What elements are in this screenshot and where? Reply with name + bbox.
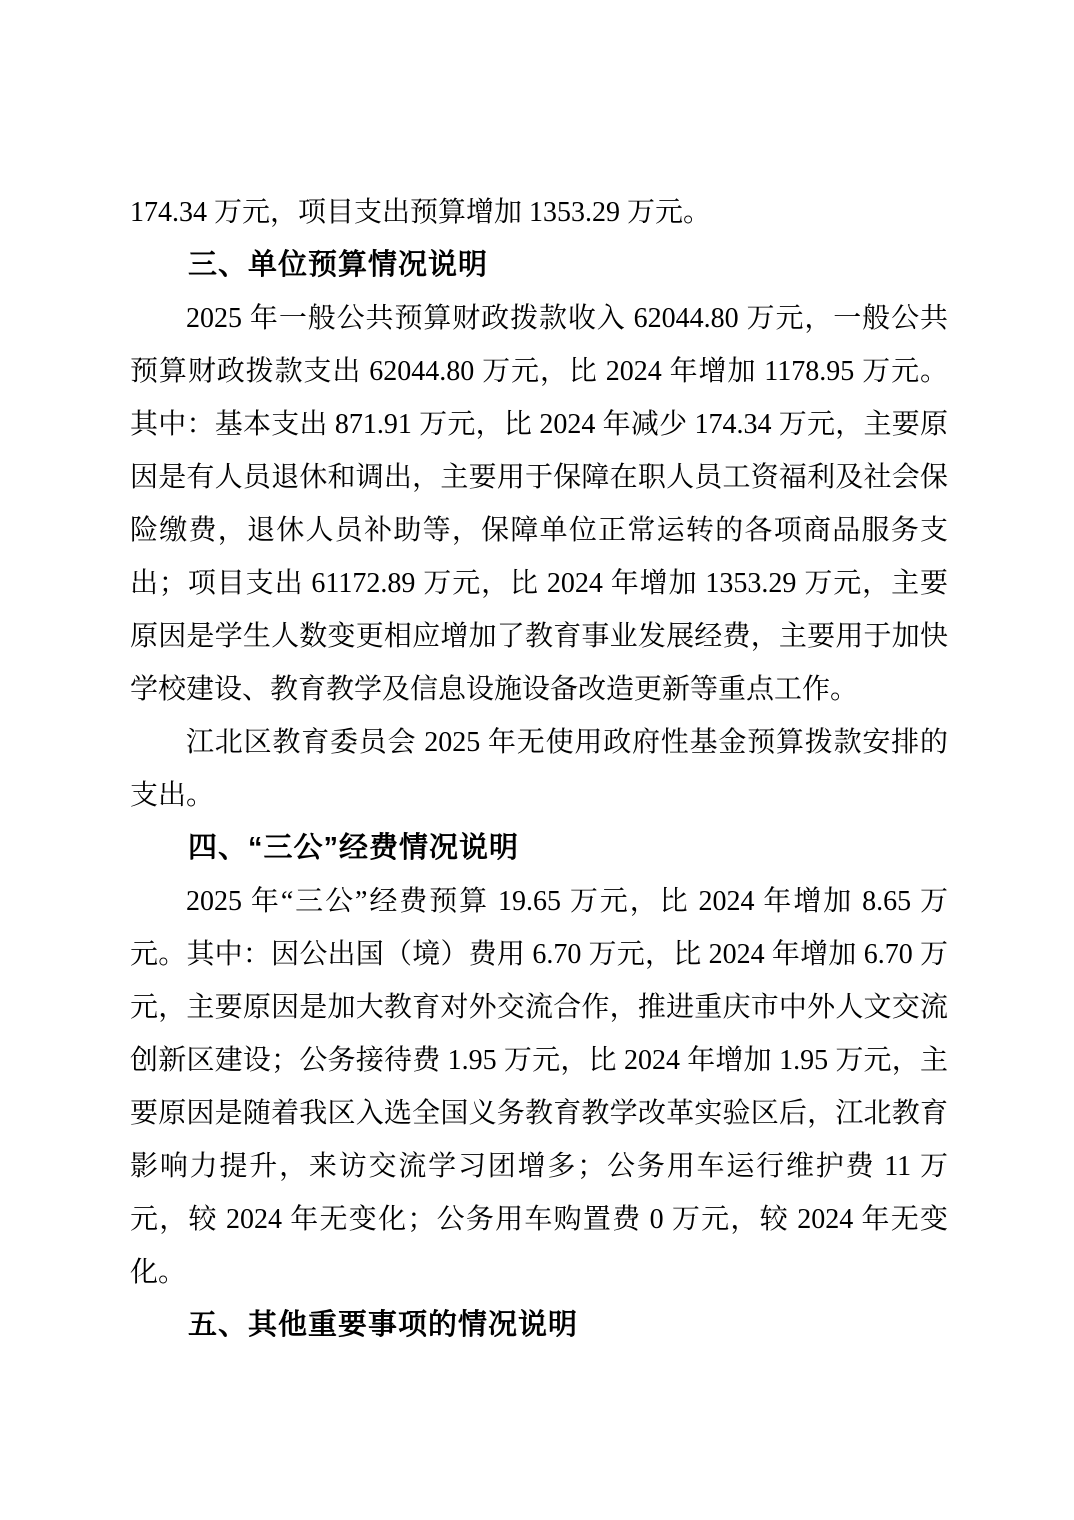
paragraph-unit-budget-detail: 2025 年一般公共预算财政拨款收入 62044.80 万元，一般公共预算财政拨… — [130, 292, 948, 716]
paragraph-government-fund: 江北区教育委员会 2025 年无使用政府性基金预算拨款安排的支出。 — [130, 716, 948, 822]
section-heading-other-important-matters: 五、其他重要事项的情况说明 — [130, 1299, 948, 1352]
document-page: 174.34 万元，项目支出预算增加 1353.29 万元。 三、单位预算情况说… — [0, 0, 1074, 1520]
section-heading-three-public-expenses: 四、“三公”经费情况说明 — [130, 822, 948, 875]
paragraph-three-public-expenses-detail: 2025 年“三公”经费预算 19.65 万元，比 2024 年增加 8.65 … — [130, 875, 948, 1299]
paragraph-continuation: 174.34 万元，项目支出预算增加 1353.29 万元。 — [130, 186, 948, 239]
document-body: 174.34 万元，项目支出预算增加 1353.29 万元。 三、单位预算情况说… — [130, 186, 948, 1352]
section-heading-unit-budget: 三、单位预算情况说明 — [130, 239, 948, 292]
